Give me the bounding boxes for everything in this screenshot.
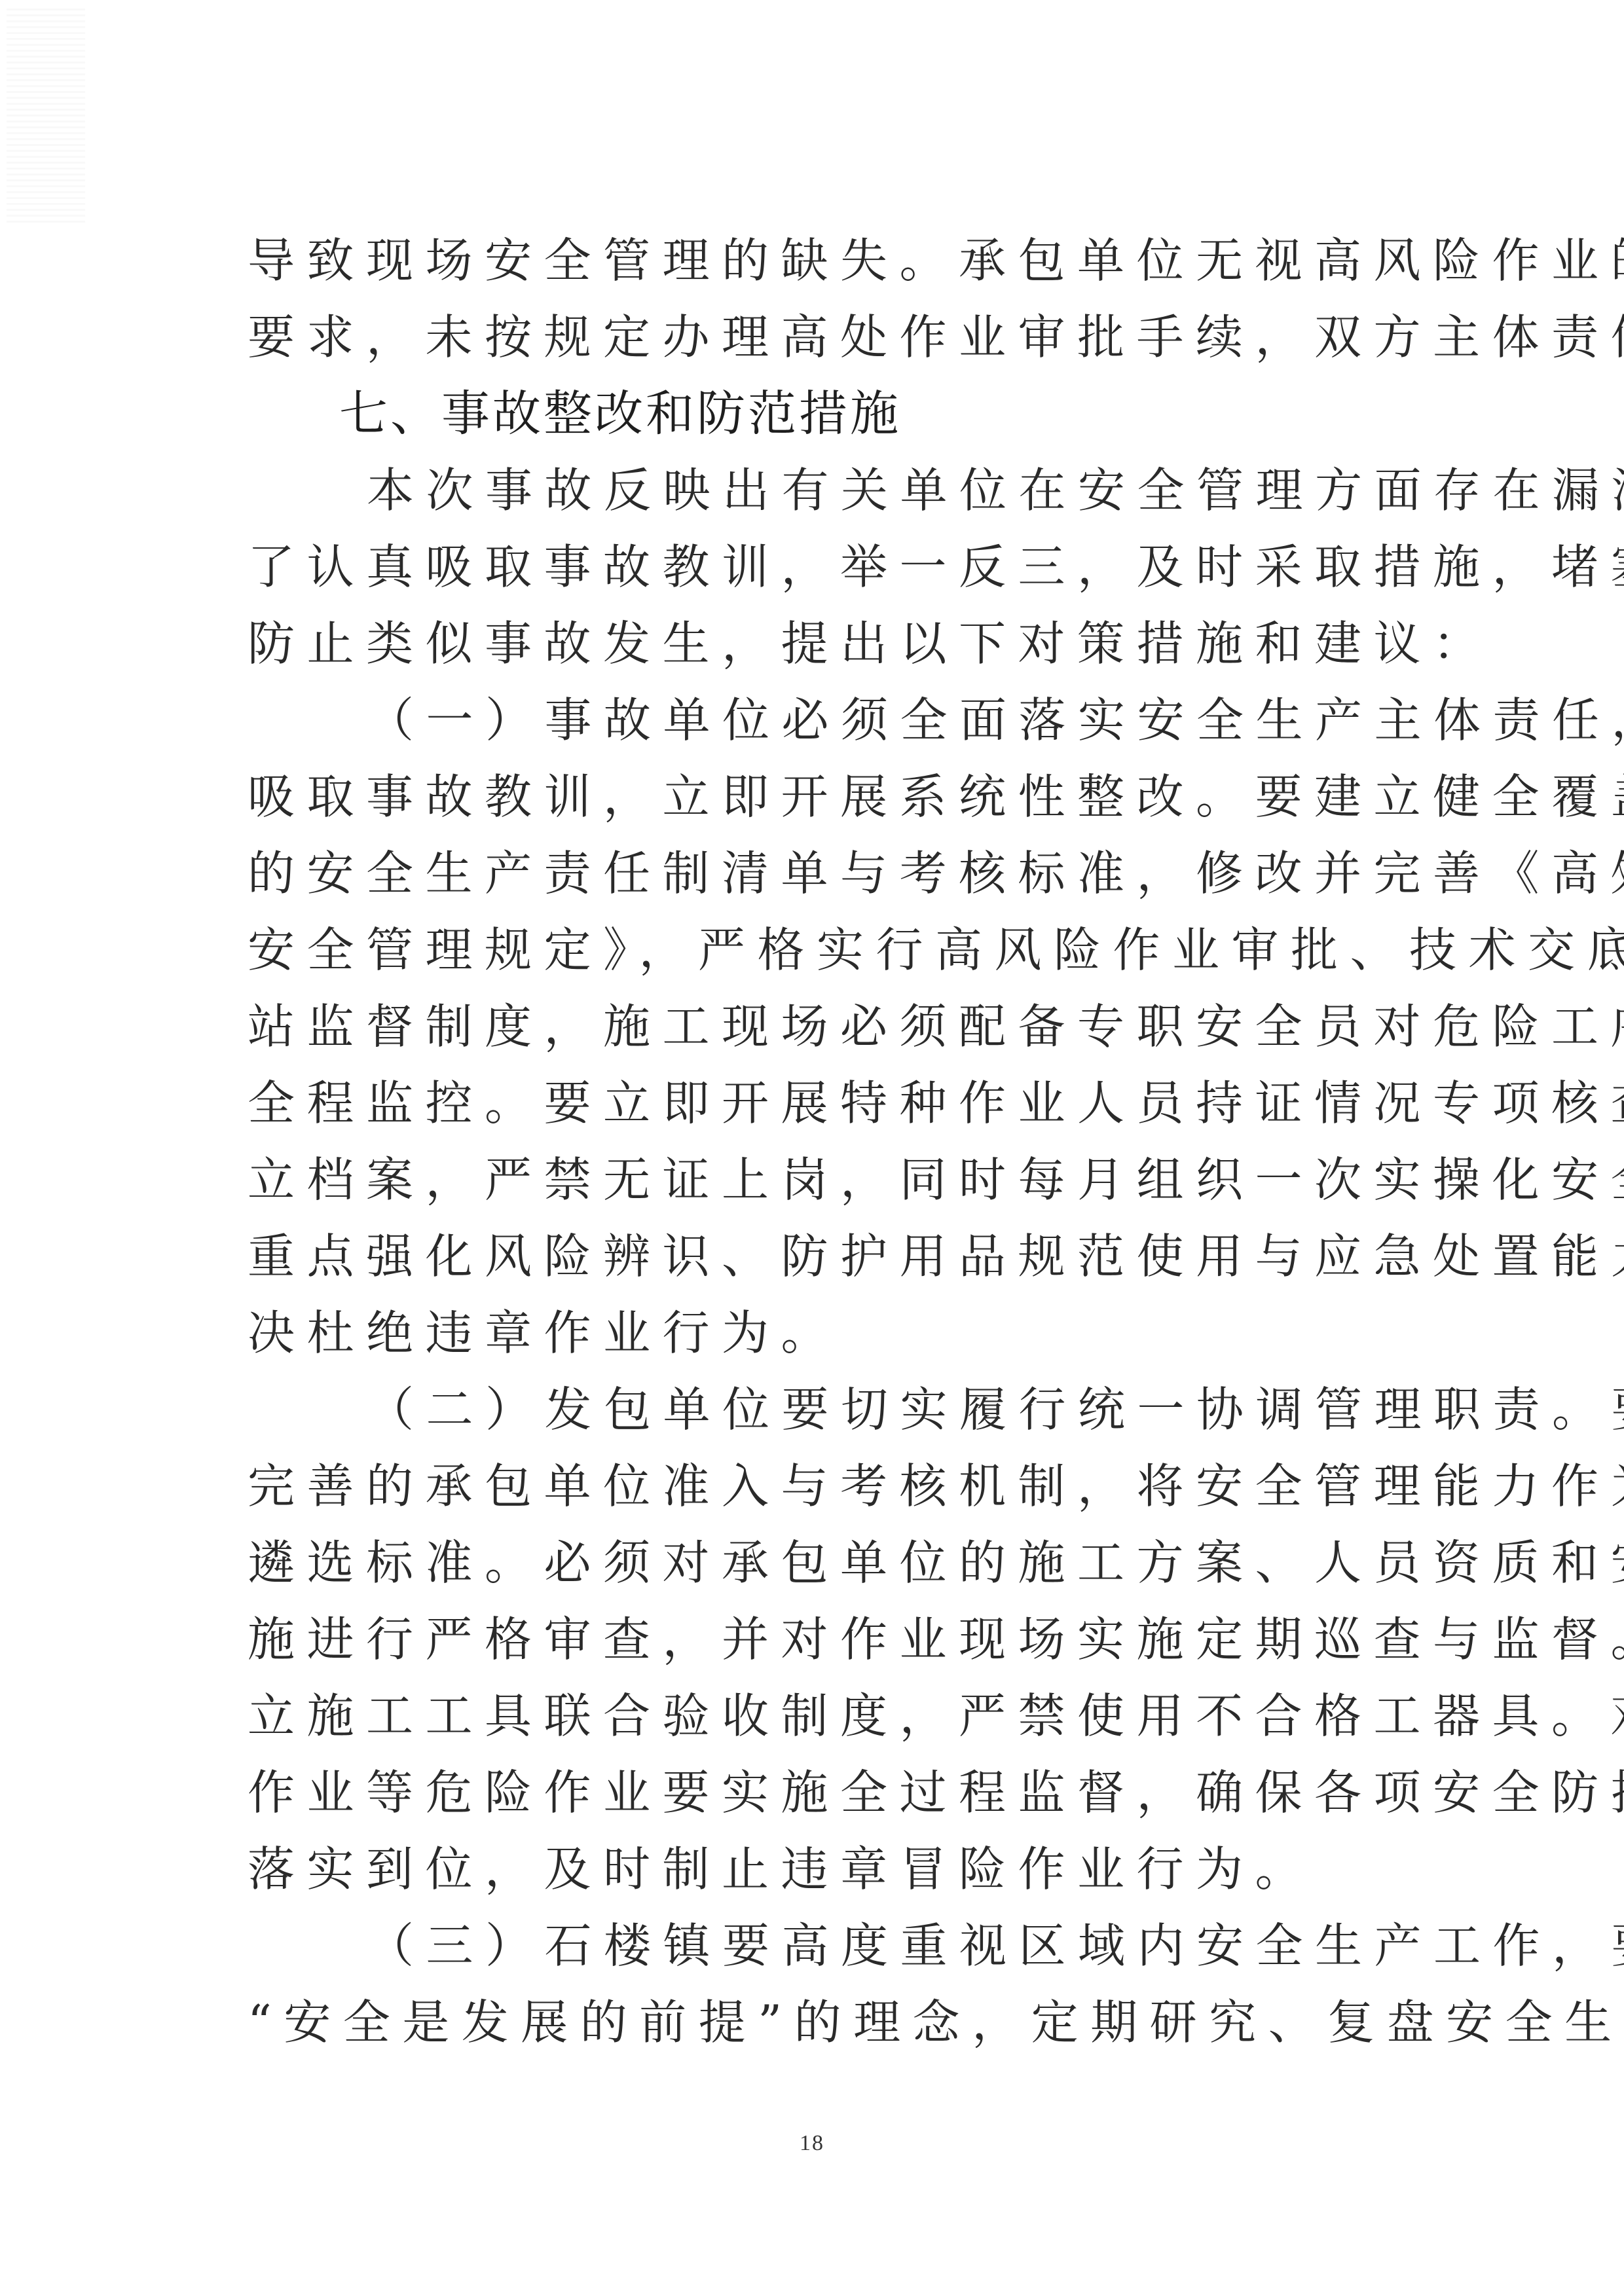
text-line: 完善的承包单位准入与考核机制，将安全管理能力作为重要 <box>248 1448 1379 1525</box>
document-page: 导致现场安全管理的缺失。承包单位无视高风险作业的管理 要求，未按规定办理高处作业… <box>248 223 1379 2061</box>
text-line: 决杜绝违章作业行为。 <box>248 1295 1379 1372</box>
text-line: （二）发包单位要切实履行统一协调管理职责。要建立 <box>248 1372 1379 1448</box>
text-line: 了认真吸取事故教训，举一反三，及时采取措施，堵塞漏洞， <box>248 529 1379 606</box>
text-line: 吸取事故教训，立即开展系统性整改。要建立健全覆盖全员 <box>248 759 1379 835</box>
text-line: 要求，未按规定办理高处作业审批手续，双方主体责任虚置。 <box>248 299 1379 376</box>
paragraph-continuation: 导致现场安全管理的缺失。承包单位无视高风险作业的管理 要求，未按规定办理高处作业… <box>248 223 1379 376</box>
text-line: 立施工工具联合验收制度，严禁使用不合格工器具。对高处 <box>248 1678 1379 1755</box>
section-heading: 七、事故整改和防范措施 <box>248 376 1379 452</box>
text-line: 导致现场安全管理的缺失。承包单位无视高风险作业的管理 <box>248 223 1379 299</box>
text-line: （三）石楼镇要高度重视区域内安全生产工作，要树立 <box>248 1908 1379 1984</box>
paragraph-intro: 本次事故反映出有关单位在安全管理方面存在漏洞，为 了认真吸取事故教训，举一反三，… <box>248 452 1379 682</box>
text-line: 本次事故反映出有关单位在安全管理方面存在漏洞，为 <box>248 452 1379 529</box>
paragraph-item-3: （三）石楼镇要高度重视区域内安全生产工作，要树立 “安全是发展的前提”的理念，定… <box>248 1908 1379 2061</box>
text-line: 落实到位，及时制止违章冒险作业行为。 <box>248 1831 1379 1908</box>
text-line: （一）事故单位必须全面落实安全生产主体责任，深刻 <box>248 682 1379 759</box>
text-line: 作业等危险作业要实施全过程监督，确保各项安全防护措施 <box>248 1755 1379 1831</box>
paragraph-item-2: （二）发包单位要切实履行统一协调管理职责。要建立 完善的承包单位准入与考核机制，… <box>248 1372 1379 1908</box>
text-line: 的安全生产责任制清单与考核标准，修改并完善《高处作业 <box>248 835 1379 912</box>
text-line: 立档案，严禁无证上岗，同时每月组织一次实操化安全培训， <box>248 1142 1379 1218</box>
scan-artifact <box>7 7 85 223</box>
text-line: 重点强化风险辨识、防护用品规范使用与应急处置能力，坚 <box>248 1218 1379 1295</box>
text-line: 安全管理规定》，严格实行高风险作业审批、技术交底与旁 <box>248 912 1379 989</box>
text-line: 全程监控。要立即开展特种作业人员持证情况专项核查并建 <box>248 1065 1379 1142</box>
paragraph-item-1: （一）事故单位必须全面落实安全生产主体责任，深刻 吸取事故教训，立即开展系统性整… <box>248 682 1379 1372</box>
text-line: “安全是发展的前提”的理念，定期研究、复盘安全生产工 <box>248 1984 1379 2061</box>
text-line: 防止类似事故发生，提出以下对策措施和建议： <box>248 606 1379 682</box>
text-line: 施进行严格审查，并对作业现场实施定期巡查与监督。要建 <box>248 1601 1379 1678</box>
page-number: 18 <box>0 2131 1624 2156</box>
text-line: 遴选标准。必须对承包单位的施工方案、人员资质和安全措 <box>248 1525 1379 1601</box>
text-line: 站监督制度，施工现场必须配备专职安全员对危险工序实施 <box>248 989 1379 1065</box>
